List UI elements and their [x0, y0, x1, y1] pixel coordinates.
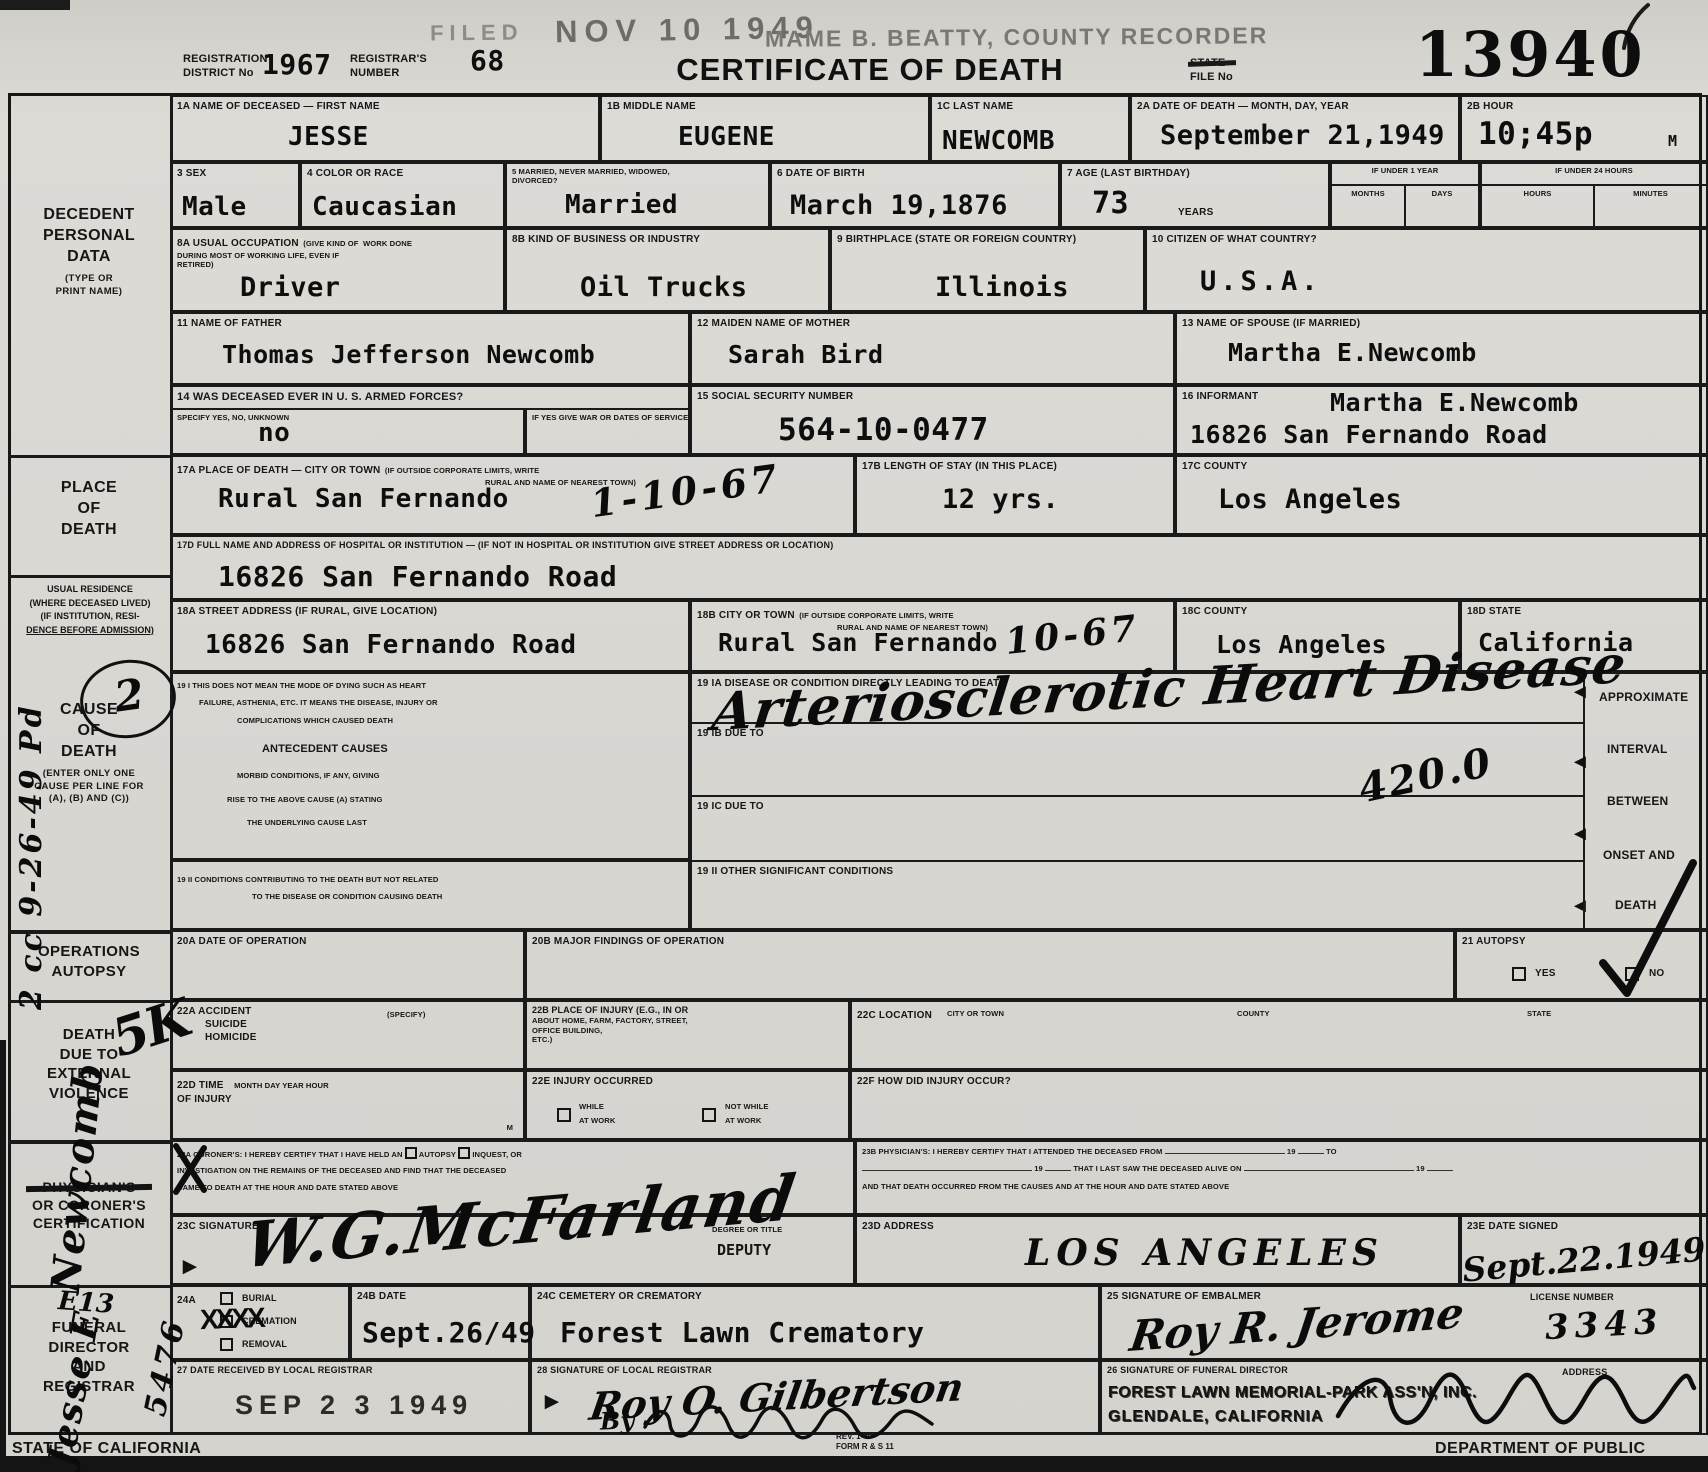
- funeral-home-stamp-line2: GLENDALE, CALIFORNIA: [1108, 1408, 1324, 1426]
- antecedent-l4: THE UNDERLYING CAUSE LAST: [247, 818, 683, 827]
- field-14-value: no: [258, 418, 290, 448]
- margin-circled-2-digit: 2: [111, 669, 147, 722]
- death-certificate-page: FILED NOV 10 1949 MAME B. BEATTY, COUNTY…: [0, 0, 1708, 1472]
- autopsy-yes-label: YES: [1535, 967, 1556, 980]
- date-received-stamp: SEP 2 3 1949: [235, 1390, 473, 1421]
- field-8a-sub0: WORK DONE: [363, 239, 412, 248]
- field-23b-to: TO: [1326, 1147, 1337, 1156]
- under-1-year-label: IF UNDER 1 YEAR: [1332, 166, 1478, 175]
- field-23a-l1: 23A CORONER'S: I HEREBY CERTIFY THAT I H…: [177, 1150, 403, 1159]
- field-12-value: Sarah Bird: [728, 340, 884, 369]
- decedent-l3: DATA: [8, 247, 170, 268]
- scan-bottom-bar: [0, 1456, 1708, 1472]
- field-14-specify-label: SPECIFY YES, NO, UNKNOWN: [177, 413, 518, 422]
- while-at-work-checkbox: [557, 1108, 571, 1122]
- field-1a-value: JESSE: [288, 122, 369, 152]
- registrars-number-label: REGISTRAR'S NUMBER: [350, 52, 427, 81]
- field-9-label: 9 BIRTHPLACE (STATE OR FOREIGN COUNTRY): [837, 233, 1138, 246]
- margin-e13-note: E13: [57, 1286, 115, 1320]
- field-12-label: 12 MAIDEN NAME OF MOTHER: [697, 317, 1168, 330]
- section-label-decedent: DECEDENT PERSONAL DATA (TYPE OR PRINT NA…: [8, 205, 170, 298]
- field-19ii-left-l1: 19 II CONDITIONS CONTRIBUTING TO THE DEA…: [177, 875, 683, 884]
- residence-l1: USUAL RESIDENCE: [10, 583, 170, 597]
- field-13-value: Martha E.Newcomb: [1228, 338, 1477, 367]
- field-23b-yr1: 19: [1287, 1147, 1296, 1156]
- field-23a-cb1-label: AUTOPSY: [419, 1150, 456, 1159]
- field-23b-l3: AND THAT DEATH OCCURRED FROM THE CAUSES …: [862, 1182, 1701, 1191]
- under-24-hours-minutes: MINUTES: [1593, 184, 1708, 228]
- field-8a-value: Driver: [240, 272, 341, 303]
- field-18b-label2: (IF OUTSIDE CORPORATE LIMITS, WRITE: [799, 611, 953, 620]
- field-1b-label: 1B MIDDLE NAME: [607, 100, 923, 113]
- registrar-deputy-signature-squiggle: [640, 1402, 940, 1438]
- field-8a-sub2: DURING MOST OF WORKING LIFE, EVEN IF: [177, 251, 498, 260]
- filed-stamp-word: FILED: [430, 20, 524, 46]
- field-19ii-other-conditions: 19 II OTHER SIGNIFICANT CONDITIONS: [690, 860, 1585, 930]
- field-20a-date-of-operation: 20A DATE OF OPERATION: [170, 930, 525, 1000]
- field-5-value: Married: [565, 190, 678, 220]
- field-8b-label: 8B KIND OF BUSINESS OR INDUSTRY: [512, 233, 823, 246]
- field-1b-value: EUGENE: [678, 122, 775, 152]
- field-16-value1: Martha E.Newcomb: [1330, 388, 1579, 417]
- scan-smudge-topleft: [0, 0, 70, 10]
- field-22b-l1: 22B PLACE OF INJURY (E.G., IN OR: [532, 1005, 843, 1016]
- field-22e-injury-occurred: 22E INJURY OCCURRED WHILE AT WORK NOT WH…: [525, 1070, 850, 1140]
- place-l3: DEATH: [8, 520, 170, 541]
- field-23b-yr3: 19: [1416, 1164, 1425, 1173]
- field-19ii-left-l2: TO THE DISEASE OR CONDITION CAUSING DEAT…: [252, 892, 683, 901]
- field-22a-l1: 22A ACCIDENT: [177, 1005, 518, 1018]
- field-23b-physician-certify: 23B PHYSICIAN'S: I HEREBY CERTIFY THAT I…: [855, 1140, 1708, 1215]
- field-15-value: 564-10-0477: [778, 412, 989, 448]
- section-label-usual-residence: USUAL RESIDENCE (WHERE DECEASED LIVED) (…: [10, 583, 170, 637]
- registration-district-value: 1967: [262, 48, 331, 81]
- interval-arrow-2: ◄: [1570, 752, 1590, 772]
- field-1a-first-name: 1A NAME OF DECEASED — FIRST NAME: [170, 95, 600, 162]
- license-number-value: 3343: [1544, 1302, 1665, 1348]
- under-24-hours-hours: HOURS: [1480, 184, 1595, 228]
- place-l1: PLACE: [8, 478, 170, 499]
- not-while-at-work-checkbox: [702, 1108, 716, 1122]
- field-27-label: 27 DATE RECEIVED BY LOCAL REGISTRAR: [177, 1365, 523, 1377]
- sidebar-divider-2: [8, 575, 173, 578]
- field-19ii-left: 19 II CONDITIONS CONTRIBUTING TO THE DEA…: [170, 860, 690, 930]
- registrars-number-l2: NUMBER: [350, 66, 427, 80]
- while-at-work-l2: AT WORK: [579, 1116, 615, 1125]
- field-22a-specify: (SPECIFY): [387, 1010, 425, 1019]
- field-8a-sub3: RETIRED): [177, 260, 498, 269]
- field-10-label: 10 CITIZEN OF WHAT COUNTRY?: [1152, 233, 1701, 246]
- field-7-label: 7 AGE (LAST BIRTHDAY): [1067, 167, 1323, 180]
- field-22d-meridiem: M: [507, 1123, 513, 1132]
- field-24c-value: Forest Lawn Crematory: [560, 1316, 925, 1349]
- field-6-value: March 19,1876: [790, 190, 1008, 221]
- field-1a-label: 1A NAME OF DECEASED — FIRST NAME: [177, 100, 593, 113]
- inquest-checkbox: [458, 1147, 470, 1159]
- antecedent-l3: RISE TO THE ABOVE CAUSE (A) STATING: [227, 795, 683, 804]
- state-file-label: STATE FILE No: [1190, 56, 1233, 85]
- field-19ic-label: 19 IC DUE TO: [697, 800, 1578, 813]
- field-10-value: U.S.A.: [1200, 266, 1322, 297]
- registration-district-l2: DISTRICT No: [183, 66, 268, 80]
- cremation-x-stamp: XXXX: [199, 1302, 263, 1336]
- field-22c-location: 22C LOCATION CITY OR TOWN COUNTY STATE: [850, 1000, 1708, 1070]
- field-22f-how-injury-occurred: 22F HOW DID INJURY OCCUR?: [850, 1070, 1708, 1140]
- state-strike-mark: [1188, 60, 1236, 67]
- field-3-value: Male: [182, 192, 247, 222]
- field-17a-label2: (IF OUTSIDE CORPORATE LIMITS, WRITE: [385, 466, 539, 475]
- field-24a-label: 24A: [177, 1295, 196, 1306]
- field-5-label1: 5 MARRIED, NEVER MARRIED, WIDOWED,: [512, 167, 763, 176]
- margin-note-vertical: 2 cc 9-26-49 Pd: [14, 703, 49, 1010]
- field-14-specify: SPECIFY YES, NO, UNKNOWN: [170, 408, 525, 455]
- field-17c-value: Los Angeles: [1218, 484, 1402, 515]
- registrars-number-value: 68: [470, 44, 505, 77]
- field-17d-value: 16826 San Fernando Road: [218, 560, 617, 593]
- field-18a-label: 18A STREET ADDRESS (IF RURAL, GIVE LOCAT…: [177, 605, 683, 618]
- investigation-x-mark: [172, 1142, 208, 1194]
- autopsy-held-checkbox: [405, 1147, 417, 1159]
- field-14-war-dates: IF YES GIVE WAR OR DATES OF SERVICE: [525, 408, 690, 455]
- antecedent-l1: ANTECEDENT CAUSES: [262, 743, 683, 757]
- filed-stamp: FILED: [430, 20, 524, 47]
- field-7-unit: YEARS: [1178, 206, 1213, 219]
- field-19ii-label: 19 II OTHER SIGNIFICANT CONDITIONS: [697, 865, 1578, 878]
- field-23d-value: LOS ANGELES: [1025, 1232, 1384, 1274]
- cause-19-note-cell: 19 I THIS DOES NOT MEAN THE MODE OF DYIN…: [170, 672, 690, 860]
- field-4-label: 4 COLOR OR RACE: [307, 167, 498, 180]
- under-24-hours-label: IF UNDER 24 HOURS: [1482, 166, 1706, 175]
- field-24b-label: 24B DATE: [357, 1290, 523, 1303]
- section-label-place-of-death: PLACE OF DEATH: [8, 478, 170, 540]
- field-18c-label: 18C COUNTY: [1182, 605, 1453, 618]
- field-16-value2: 16826 San Fernando Road: [1190, 420, 1548, 449]
- field-22a-accident-suicide-homicide: 22A ACCIDENT SUICIDE HOMICIDE (SPECIFY): [170, 1000, 525, 1070]
- scan-left-edge: [0, 1040, 6, 1460]
- field-22c-county-label: COUNTY: [1237, 1009, 1270, 1018]
- field-23a-cb2-label: INQUEST, OR: [472, 1150, 522, 1159]
- certificate-title: CERTIFICATE OF DEATH: [650, 52, 1090, 88]
- field-22f-label: 22F HOW DID INJURY OCCUR?: [857, 1075, 1701, 1088]
- field-20b-label: 20B MAJOR FINDINGS OF OPERATION: [532, 935, 1448, 948]
- registrars-number-l1: REGISTRAR'S: [350, 52, 427, 66]
- field-20b-major-findings: 20B MAJOR FINDINGS OF OPERATION: [525, 930, 1455, 1000]
- not-while-at-work-l1: NOT WHILE: [725, 1102, 769, 1111]
- field-23b-yr2: 19: [1034, 1164, 1043, 1173]
- field-2a-label: 2A DATE OF DEATH — MONTH, DAY, YEAR: [1137, 100, 1453, 113]
- field-6-label: 6 DATE OF BIRTH: [777, 167, 1053, 180]
- recorder-stamp-text: MAME B. BEATTY, COUNTY RECORDER: [765, 22, 1268, 52]
- field-2b-meridiem: M: [1668, 132, 1678, 150]
- field-22b-l2: ABOUT HOME, FARM, FACTORY, STREET,: [532, 1016, 843, 1025]
- registration-district-label: REGISTRATION DISTRICT No: [183, 52, 268, 81]
- field-23b-l1: 23B PHYSICIAN'S: I HEREBY CERTIFY THAT I…: [862, 1147, 1162, 1156]
- field-8a-sub1: (GIVE KIND OF: [303, 239, 358, 248]
- interval-word-2: INTERVAL: [1607, 742, 1668, 758]
- field-18b-label1: 18B CITY OR TOWN: [697, 610, 795, 621]
- under-1-year-days: DAYS: [1404, 184, 1480, 228]
- field-5-label2: DIVORCED?: [512, 176, 763, 185]
- hours-label: HOURS: [1487, 189, 1588, 198]
- field-9-value: Illinois: [935, 272, 1069, 303]
- field-18a-value: 16826 San Fernando Road: [205, 630, 577, 660]
- field-2b-label: 2B HOUR: [1467, 100, 1701, 113]
- field-8b-value: Oil Trucks: [580, 272, 748, 303]
- footer-rev-line2: FORM R & S 11: [836, 1442, 894, 1452]
- field-22b-l4: ETC.): [532, 1035, 843, 1044]
- field-3-label: 3 SEX: [177, 167, 293, 180]
- field-2a-value: September 21,1949: [1160, 120, 1445, 151]
- decedent-sub2: PRINT NAME): [8, 286, 170, 298]
- field-22e-label: 22E INJURY OCCURRED: [532, 1075, 843, 1088]
- field-18b-value: Rural San Fernando: [718, 628, 998, 657]
- field-22d-l2: OF INJURY: [177, 1093, 518, 1106]
- field-20a-label: 20A DATE OF OPERATION: [177, 935, 518, 948]
- field-17d-label: 17D FULL NAME AND ADDRESS OF HOSPITAL OR…: [177, 540, 1701, 552]
- field-18d-label: 18D STATE: [1467, 605, 1701, 618]
- field-4-value: Caucasian: [312, 192, 457, 222]
- field-2b-value: 10;45p: [1478, 116, 1593, 152]
- field-19ic-due-to: 19 IC DUE TO: [690, 795, 1585, 862]
- field-22b-l3: OFFICE BUILDING,: [532, 1026, 843, 1035]
- field-22a-l2: SUICIDE: [205, 1018, 518, 1031]
- autopsy-yes-checkbox: [1512, 967, 1526, 981]
- state-file-l2: FILE No: [1190, 70, 1233, 84]
- interval-arrow-3: ◄: [1570, 824, 1590, 844]
- funeral-director-signature-squiggle: [1330, 1358, 1700, 1438]
- removal-label: REMOVAL: [242, 1339, 287, 1350]
- sidebar-divider-1: [8, 455, 173, 458]
- field-22c-city-label: CITY OR TOWN: [947, 1009, 1004, 1018]
- field-22c-state-label: STATE: [1527, 1009, 1551, 1018]
- file-number: 13940: [1415, 18, 1646, 91]
- field-22c-label: 22C LOCATION: [857, 1010, 932, 1021]
- field-15-label: 15 SOCIAL SECURITY NUMBER: [697, 390, 1168, 403]
- registration-district-l1: REGISTRATION: [183, 52, 268, 66]
- cause-note-l2: FAILURE, ASTHENIA, ETC. IT MEANS THE DIS…: [199, 698, 683, 707]
- decedent-sub1: (TYPE OR: [8, 273, 170, 285]
- decedent-l2: PERSONAL: [8, 226, 170, 247]
- field-7-value: 73: [1092, 186, 1129, 221]
- field-1c-label: 1C LAST NAME: [937, 100, 1123, 113]
- minutes-label: MINUTES: [1600, 189, 1701, 198]
- field-24c-label: 24C CEMETERY OR CREMATORY: [537, 1290, 1093, 1303]
- autopsy-no-checkmark: [1585, 855, 1705, 1005]
- cause-note-l1: 19 I THIS DOES NOT MEAN THE MODE OF DYIN…: [177, 681, 683, 690]
- antecedent-l2: MORBID CONDITIONS, IF ANY, GIVING: [237, 771, 683, 780]
- removal-checkbox: [220, 1338, 233, 1351]
- recorder-stamp: MAME B. BEATTY, COUNTY RECORDER: [765, 22, 1268, 53]
- field-24b-value: Sept.26/49: [362, 1316, 536, 1349]
- months-label: MONTHS: [1337, 189, 1399, 198]
- field-22d-sub: MONTH DAY YEAR HOUR: [234, 1081, 329, 1090]
- field-17b-value: 12 yrs.: [942, 484, 1059, 515]
- license-number-label: LICENSE NUMBER: [1530, 1292, 1614, 1304]
- days-label: DAYS: [1411, 189, 1473, 198]
- under-1-year-months: MONTHS: [1330, 184, 1406, 228]
- field-22b-place-of-injury: 22B PLACE OF INJURY (E.G., IN OR ABOUT H…: [525, 1000, 850, 1070]
- field-11-value: Thomas Jefferson Newcomb: [222, 340, 595, 369]
- field-17b-label: 17B LENGTH OF STAY (IN THIS PLACE): [862, 460, 1168, 473]
- field-14-war-dates-label: IF YES GIVE WAR OR DATES OF SERVICE: [532, 413, 683, 422]
- signature-pointer-arrow: ►: [178, 1255, 202, 1279]
- field-23b-l2: THAT I LAST SAW THE DECEASED ALIVE ON: [1073, 1164, 1241, 1173]
- interval-word-3: BETWEEN: [1607, 794, 1668, 810]
- field-14-label: 14 WAS DECEASED EVER IN U. S. ARMED FORC…: [177, 390, 683, 404]
- degree-or-title-value: DEPUTY: [717, 1241, 771, 1259]
- field-13-label: 13 NAME OF SPOUSE (IF MARRIED): [1182, 317, 1701, 330]
- residence-l4: DENCE BEFORE ADMISSION): [10, 624, 170, 638]
- residence-l3: (IF INSTITUTION, RESI-: [10, 610, 170, 624]
- not-while-at-work-l2: AT WORK: [725, 1116, 761, 1125]
- decedent-l1: DECEDENT: [8, 205, 170, 226]
- field-22d-l1: 22D TIME: [177, 1080, 224, 1091]
- while-at-work-l1: WHILE: [579, 1102, 604, 1111]
- field-17a-label1: 17A PLACE OF DEATH — CITY OR TOWN: [177, 465, 380, 476]
- field-1c-value: NEWCOMB: [942, 126, 1055, 156]
- residence-l2: (WHERE DECEASED LIVED): [10, 597, 170, 611]
- field-17c-label: 17C COUNTY: [1182, 460, 1701, 473]
- registrar-pointer-arrow: ►: [540, 1390, 564, 1414]
- field-22d-time-of-injury: 22D TIME MONTH DAY YEAR HOUR OF INJURY M: [170, 1070, 525, 1140]
- field-8a-label: 8A USUAL OCCUPATION: [177, 238, 299, 249]
- registrar-by-line: By: [600, 1405, 635, 1435]
- field-23e-label: 23E DATE SIGNED: [1467, 1220, 1701, 1233]
- field-11-label: 11 NAME OF FATHER: [177, 317, 683, 330]
- field-22a-l3: HOMICIDE: [205, 1031, 518, 1044]
- cause-note-l3: COMPLICATIONS WHICH CAUSED DEATH: [237, 716, 683, 725]
- field-17a-value: Rural San Fernando: [218, 484, 509, 514]
- place-l2: OF: [8, 499, 170, 520]
